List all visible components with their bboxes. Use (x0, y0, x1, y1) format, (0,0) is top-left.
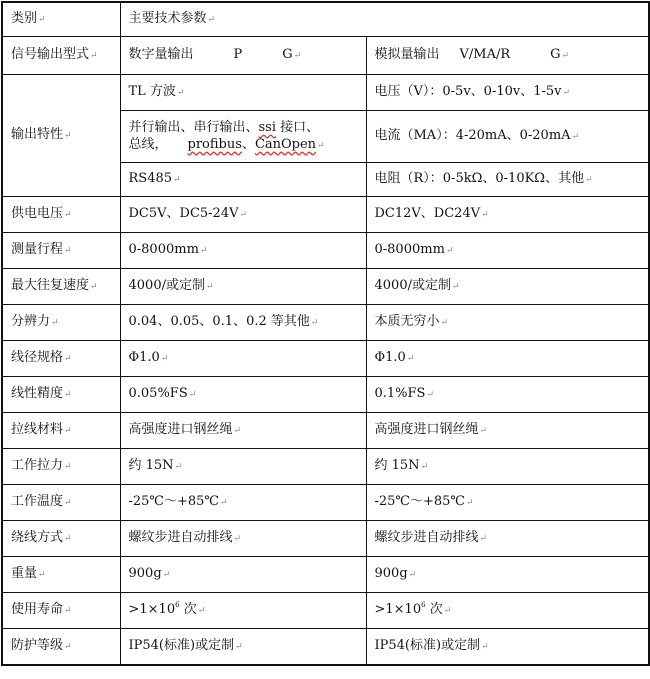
row-label: 重量↵ (2, 557, 120, 593)
digital-cell: 高强度进口钢丝绳↵ (120, 413, 366, 449)
digital-cell: 约 15N↵ (120, 449, 366, 485)
analog-cell: DC12V、DC24V↵ (366, 197, 649, 233)
digital-cell: 0.05%FS↵ (120, 377, 366, 413)
spec-row-weight: 重量↵ 900g↵ 900g↵ (2, 557, 649, 593)
row-label: 分辨力↵ (2, 305, 120, 341)
spec-row-range: 测量行程↵ 0-8000mm↵ 0-8000mm↵ (2, 233, 649, 269)
row-label: 防护等级↵ (2, 629, 120, 666)
analog-cell: 电压（V）：0-5v、0-10v、1-5v↵ (366, 75, 649, 111)
spec-row-speed: 最大往复速度↵ 4000/或定制↵ 4000/或定制↵ (2, 269, 649, 305)
analog-cell: 0.1%FS↵ (366, 377, 649, 413)
row-label: 测量行程↵ (2, 233, 120, 269)
digital-cell: 并行输出、串行输出、ssi 接口、总线，profibus、CanOpen↵ (120, 111, 366, 163)
spec-row-tension: 工作拉力↵ 约 15N↵ 约 15N↵ (2, 449, 649, 485)
analog-cell: 高强度进口钢丝绳↵ (366, 413, 649, 449)
analog-cell: >1×106 次↵ (366, 593, 649, 629)
analog-cell: 900g↵ (366, 557, 649, 593)
analog-cell: -25℃～+85℃↵ (366, 485, 649, 521)
digital-cell: >1×106 次↵ (120, 593, 366, 629)
digital-cell: DC5V、DC5-24V↵ (120, 197, 366, 233)
spec-row-material: 拉线材料↵ 高强度进口钢丝绳↵ 高强度进口钢丝绳↵ (2, 413, 649, 449)
category-header: 类别↵ (2, 2, 120, 37)
spec-row-power: 供电电压↵ DC5V、DC5-24V↵ DC12V、DC24V↵ (2, 197, 649, 233)
spec-row-temperature: 工作温度↵ -25℃～+85℃↵ -25℃～+85℃↵ (2, 485, 649, 521)
row-label: 输出特性↵ (2, 75, 120, 197)
digital-cell: TL 方波↵ (120, 75, 366, 111)
digital-cell: -25℃～+85℃↵ (120, 485, 366, 521)
analog-cell: 电阻（R）：0-5kΩ、0-10KΩ、其他↵ (366, 163, 649, 197)
digital-cell: Φ1.0↵ (120, 341, 366, 377)
analog-cell: Φ1.0↵ (366, 341, 649, 377)
analog-cell: 电流（MA）：4-20mA、0-20mA↵ (366, 111, 649, 163)
header-row: 类别↵ 主要技术参数↵ (2, 2, 649, 37)
row-label: 拉线材料↵ (2, 413, 120, 449)
digital-cell: 0.04、0.05、0.1、0.2 等其他↵ (120, 305, 366, 341)
analog-cell: IP54(标准)或定制↵ (366, 629, 649, 666)
digital-cell: RS485↵ (120, 163, 366, 197)
digital-cell: IP54(标准)或定制↵ (120, 629, 366, 666)
spec-row-protection: 防护等级↵ IP54(标准)或定制↵ IP54(标准)或定制↵ (2, 629, 649, 666)
row-label: 线径规格↵ (2, 341, 120, 377)
spec-row-linearity: 线性精度↵ 0.05%FS↵ 0.1%FS↵ (2, 377, 649, 413)
row-label: 使用寿命↵ (2, 593, 120, 629)
analog-cell: 本质无穷小↵ (366, 305, 649, 341)
digital-cell: 900g↵ (120, 557, 366, 593)
output-char-row-1: 输出特性↵ TL 方波↵ 电压（V）：0-5v、0-10v、1-5v↵ (2, 75, 649, 111)
analog-cell: 4000/或定制↵ (366, 269, 649, 305)
digital-cell: 螺纹步进自动排线↵ (120, 521, 366, 557)
row-label: 工作温度↵ (2, 485, 120, 521)
spec-row-wire-diameter: 线径规格↵ Φ1.0↵ Φ1.0↵ (2, 341, 649, 377)
analog-cell: 模拟量输出V/MA/RG↵ (366, 37, 649, 75)
analog-cell: 螺纹步进自动排线↵ (366, 521, 649, 557)
analog-cell: 0-8000mm↵ (366, 233, 649, 269)
signal-output-row: 信号输出型式↵ 数字量输出PG↵ 模拟量输出V/MA/RG↵ (2, 37, 649, 75)
digital-cell: 4000/或定制↵ (120, 269, 366, 305)
digital-cell: 0-8000mm↵ (120, 233, 366, 269)
row-label: 绕线方式↵ (2, 521, 120, 557)
row-label: 信号输出型式↵ (2, 37, 120, 75)
row-label: 工作拉力↵ (2, 449, 120, 485)
params-header: 主要技术参数↵ (120, 2, 649, 37)
spec-row-winding: 绕线方式↵ 螺纹步进自动排线↵ 螺纹步进自动排线↵ (2, 521, 649, 557)
spec-row-resolution: 分辨力↵ 0.04、0.05、0.1、0.2 等其他↵ 本质无穷小↵ (2, 305, 649, 341)
row-label: 最大往复速度↵ (2, 269, 120, 305)
analog-cell: 约 15N↵ (366, 449, 649, 485)
spec-table: 类别↵ 主要技术参数↵ 信号输出型式↵ 数字量输出PG↵ 模拟量输出V/MA/R… (1, 1, 650, 666)
row-label: 供电电压↵ (2, 197, 120, 233)
spec-row-lifespan: 使用寿命↵ >1×106 次↵ >1×106 次↵ (2, 593, 649, 629)
row-label: 线性精度↵ (2, 377, 120, 413)
digital-cell: 数字量输出PG↵ (120, 37, 366, 75)
